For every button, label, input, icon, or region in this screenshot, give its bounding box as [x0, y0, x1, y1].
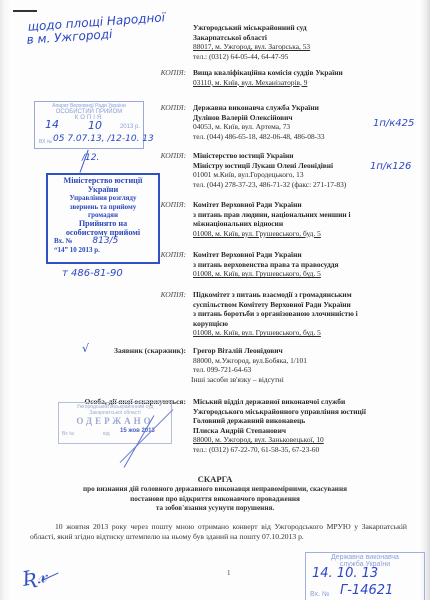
recipient-line: Підкомітет з питань взаємодії з громадян…	[193, 290, 423, 300]
recipient-line: Вища кваліфікаційна комісія суддів Украї…	[193, 68, 423, 78]
respondent-phone: тел.: (0312) 67-22-70, 61-58-35, 67-23-6…	[193, 445, 423, 455]
stamp-text: ВХ №	[39, 139, 52, 145]
respondent-name: Плиска Андрій Степанович	[193, 426, 423, 436]
recipient-line: з питань прав людини, національних менши…	[193, 210, 423, 220]
applicant-label: Заявник (скаржник):	[90, 346, 186, 355]
handwritten-registration-425: 1п/к425	[373, 118, 414, 129]
recipient-address: 01008, м. Київ, вул. Грушевського, буд. …	[193, 328, 423, 338]
handwritten-month: 10	[88, 119, 102, 132]
respondent-line: Головний державний виконавець	[193, 416, 423, 426]
stamp-number-value: 813/5	[92, 236, 118, 246]
applicant-other-contacts: Інші засоби зв'язку – відсутні	[191, 375, 423, 385]
complaint-paragraph: 10 жовтня 2013 року через пошту мною отр…	[30, 522, 407, 541]
margin-mark	[13, 10, 37, 12]
recipient-line: корупцією	[193, 319, 423, 329]
copy-label: КОПІЯ:	[140, 68, 186, 77]
signature: Ʀ𝓍	[20, 563, 48, 591]
recipient-line: з питань верховенства права та правосудд…	[193, 260, 423, 270]
recipient-address: 01008, м. Київ, вул. Грушевського, буд. …	[193, 269, 423, 279]
checkmark-icon: √	[82, 342, 89, 355]
handwritten-phone: т 486-81-90	[62, 268, 123, 279]
recipient-line: Державна виконавча служба України	[193, 103, 423, 113]
recipient-committee-human-rights: Комітет Верховної Ради України з питань …	[193, 200, 423, 238]
stamp-text: звернень та прийому	[48, 203, 158, 212]
stamp-ministry-of-justice: Міністерство юстиції України Управління …	[46, 173, 160, 264]
document-page: щодо площі Народної в м. Ужгороді Ужгоро…	[0, 0, 430, 600]
applicant-phone: тел. 099-721-64-63	[193, 365, 423, 375]
stamp-received: Ужгородський міськрайонний суд Закарпатс…	[58, 402, 172, 444]
stamp-text: Управління розгляду	[48, 194, 158, 203]
recipient-qualification-commission: Вища кваліфікаційна комісія суддів Украї…	[193, 68, 423, 87]
recipient-court: Ужгородський міськрайонний суд Закарпатс…	[193, 23, 423, 61]
page-number: 1	[227, 569, 231, 577]
stamp-date: “14” 10 2013 р.	[48, 246, 158, 255]
stamp-text: 2013 р.	[120, 124, 140, 130]
stamp-text: Вх №	[62, 431, 75, 437]
stamp-text: Вх. №	[310, 591, 330, 598]
stamp-text: від	[103, 431, 110, 437]
handwritten-note: щодо площі Народної в м. Ужгороді	[27, 11, 166, 47]
respondent-details: Міський відділ державної виконавчої служ…	[193, 397, 423, 455]
stamp-number-row: Вх. № 813/5	[48, 237, 158, 246]
recipient-phone: тел.: (0312) 64-05-44, 64-47-95	[193, 52, 423, 62]
handwritten-date: 14. 10. 13	[312, 566, 378, 581]
stamp-text: Державна виконавча	[306, 554, 424, 561]
copy-label: КОПІЯ:	[140, 151, 186, 160]
stamp-number-label: Вх. №	[54, 237, 73, 245]
recipient-line: Ужгородський міськрайонний суд	[193, 23, 423, 33]
recipient-line: Міністерство юстиції України	[193, 151, 423, 161]
applicant-details: Грегор Віталій Леонідович 88000, м.Ужгор…	[193, 346, 423, 384]
recipient-line: суспільством Комітету Верховної Ради Укр…	[193, 300, 423, 310]
respondent-address: 88000, м. Ужгород, вул. Заньковецької, 1…	[193, 435, 423, 445]
recipient-line: Комітет Верховної Ради України	[193, 250, 423, 260]
handwritten-number: Г-14621	[340, 583, 393, 598]
copy-label: КОПІЯ:	[140, 103, 186, 112]
recipient-phone: тел. (044) 278-37-23, 486-71-32 (факс: 2…	[193, 180, 423, 190]
recipient-line: міжнаціональних відносин	[193, 219, 423, 229]
complaint-title: СКАРГА	[0, 474, 430, 484]
subtitle-line: постанови про відкриття виконавчого пров…	[0, 495, 430, 505]
recipient-address: 88017, м. Ужгород, вул. Загорська, 53	[193, 42, 423, 52]
subtitle-line: та зобов'язання усунути порушення.	[0, 504, 430, 514]
recipient-address: 01008, м. Київ, вул. Грушевського, буд. …	[193, 229, 423, 239]
recipient-address: 03110, м. Київ, вул. Механізаторів, 9	[193, 78, 423, 88]
recipient-phone: тел. (044) 486-65-18, 482-06-48, 486-08-…	[193, 132, 423, 142]
handwritten-dates: 05 7.07.13, /12-10. 13	[53, 134, 154, 144]
recipient-committee-rule-of-law: Комітет Верховної Ради України з питань …	[193, 250, 423, 279]
applicant-name: Грегор Віталій Леонідович	[193, 346, 423, 356]
respondent-line: Міський відділ державної виконавчої служ…	[193, 397, 423, 407]
recipient-subcommittee-civil-society: Підкомітет з питань взаємодії з громадян…	[193, 290, 423, 338]
copy-label: КОПІЯ:	[140, 290, 186, 299]
stamp-text: України	[48, 186, 158, 195]
handwritten-day: 14	[45, 118, 59, 131]
subtitle-line: про визнання дій головного державного ви…	[0, 485, 430, 495]
recipient-line: Комітет Верховної Ради України	[193, 200, 423, 210]
recipient-line: Закарпатської області	[193, 33, 423, 43]
stamp-text: ОДЕРЖАНО	[59, 416, 171, 426]
respondent-line: Ужгородського міськрайонного управління …	[193, 407, 423, 417]
applicant-address: 88000, м.Ужгород, вул.Бобяка, 1/101	[193, 356, 423, 366]
handwritten-registration-126: 1п/к126	[370, 161, 411, 172]
complaint-subtitle: про визнання дій головного державного ви…	[0, 485, 430, 514]
recipient-line: з питань боротьби з організованою злочин…	[193, 309, 423, 319]
